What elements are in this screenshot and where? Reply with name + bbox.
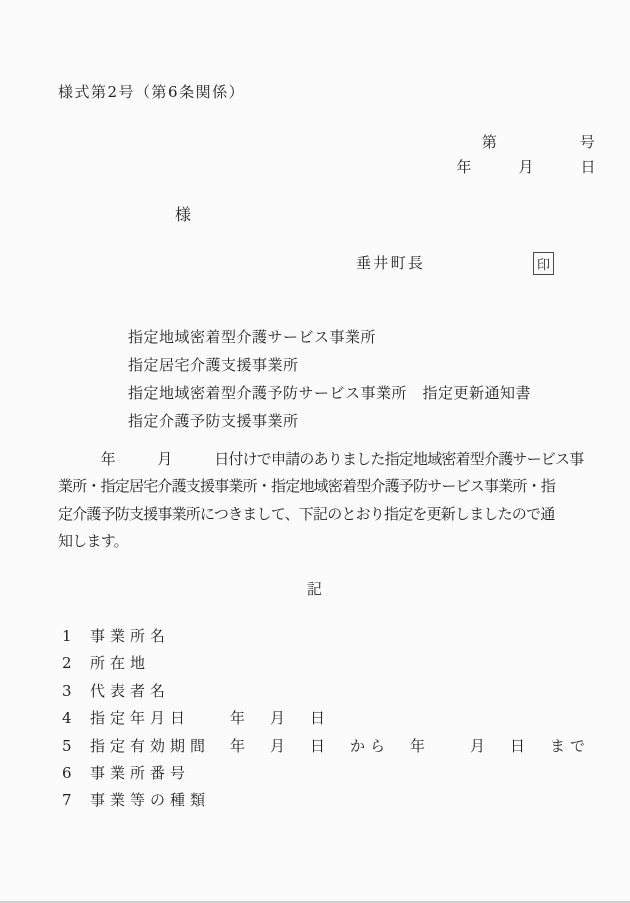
list-item: 7事業等の種類 xyxy=(62,787,602,814)
item-number: 5 xyxy=(62,733,90,760)
subject-line: 指定地域密着型介護サービス事業所 xyxy=(128,323,531,351)
item-label: 所在地 xyxy=(90,654,150,672)
item-label: 代表者名 xyxy=(90,682,170,700)
item-number: 2 xyxy=(62,650,90,677)
list-item: 5指定有効期間年 月 日 から 年 月 日 まで xyxy=(62,733,602,760)
record-heading: 記 xyxy=(0,578,630,599)
list-item: 6事業所番号 xyxy=(62,760,602,787)
list-item: 4指定年月日年 月 日 xyxy=(62,705,602,732)
list-item: 1事業所名 xyxy=(62,623,602,650)
seal-mark-icon: 印 xyxy=(537,254,550,273)
issuer-title: 垂井町長 xyxy=(356,252,425,273)
item-label: 指定年月日 xyxy=(90,709,190,727)
list-item: 3代表者名 xyxy=(62,678,602,705)
item-number: 6 xyxy=(62,760,90,787)
notice-document-page: 様式第2号（第6条関係） 第 号 年 月 日 様 垂井町長 印 指定地域密着型介… xyxy=(0,0,630,903)
list-item: 2所在地 xyxy=(62,650,602,677)
item-value: 年 月 日 から 年 月 日 まで xyxy=(230,733,590,760)
record-list: 1事業所名 2所在地 3代表者名 4指定年月日年 月 日 5指定有効期間年 月 … xyxy=(62,623,602,815)
subject-line: 指定居宅介護支援事業所 xyxy=(128,351,531,379)
item-number: 4 xyxy=(62,705,90,732)
item-label: 指定有効期間 xyxy=(90,737,210,755)
notice-body-paragraph: 年 月 日付けで申請のありました指定地域密着型介護サービス事 業所・指定居宅介護… xyxy=(58,446,583,555)
subject-line: 指定地域密着型介護予防サービス事業所 指定更新通知書 xyxy=(128,379,531,407)
addressee-honorific: 様 xyxy=(175,202,191,225)
item-label: 事業所番号 xyxy=(90,764,190,782)
subject-block: 指定地域密着型介護サービス事業所 指定居宅介護支援事業所 指定地域密着型介護予防… xyxy=(128,323,531,435)
document-number-blank: 第 号 xyxy=(482,131,596,152)
seal-placeholder-box: 印 xyxy=(533,252,554,275)
item-number: 3 xyxy=(62,678,90,705)
issue-date-blank: 年 月 日 xyxy=(456,156,596,177)
item-label: 事業等の種類 xyxy=(90,791,210,809)
form-number: 様式第2号（第6条関係） xyxy=(58,81,245,102)
item-number: 7 xyxy=(62,787,90,814)
item-value: 年 月 日 xyxy=(230,705,330,732)
item-number: 1 xyxy=(62,623,90,650)
item-label: 事業所名 xyxy=(90,627,170,645)
subject-line: 指定介護予防支援事業所 xyxy=(128,407,531,435)
